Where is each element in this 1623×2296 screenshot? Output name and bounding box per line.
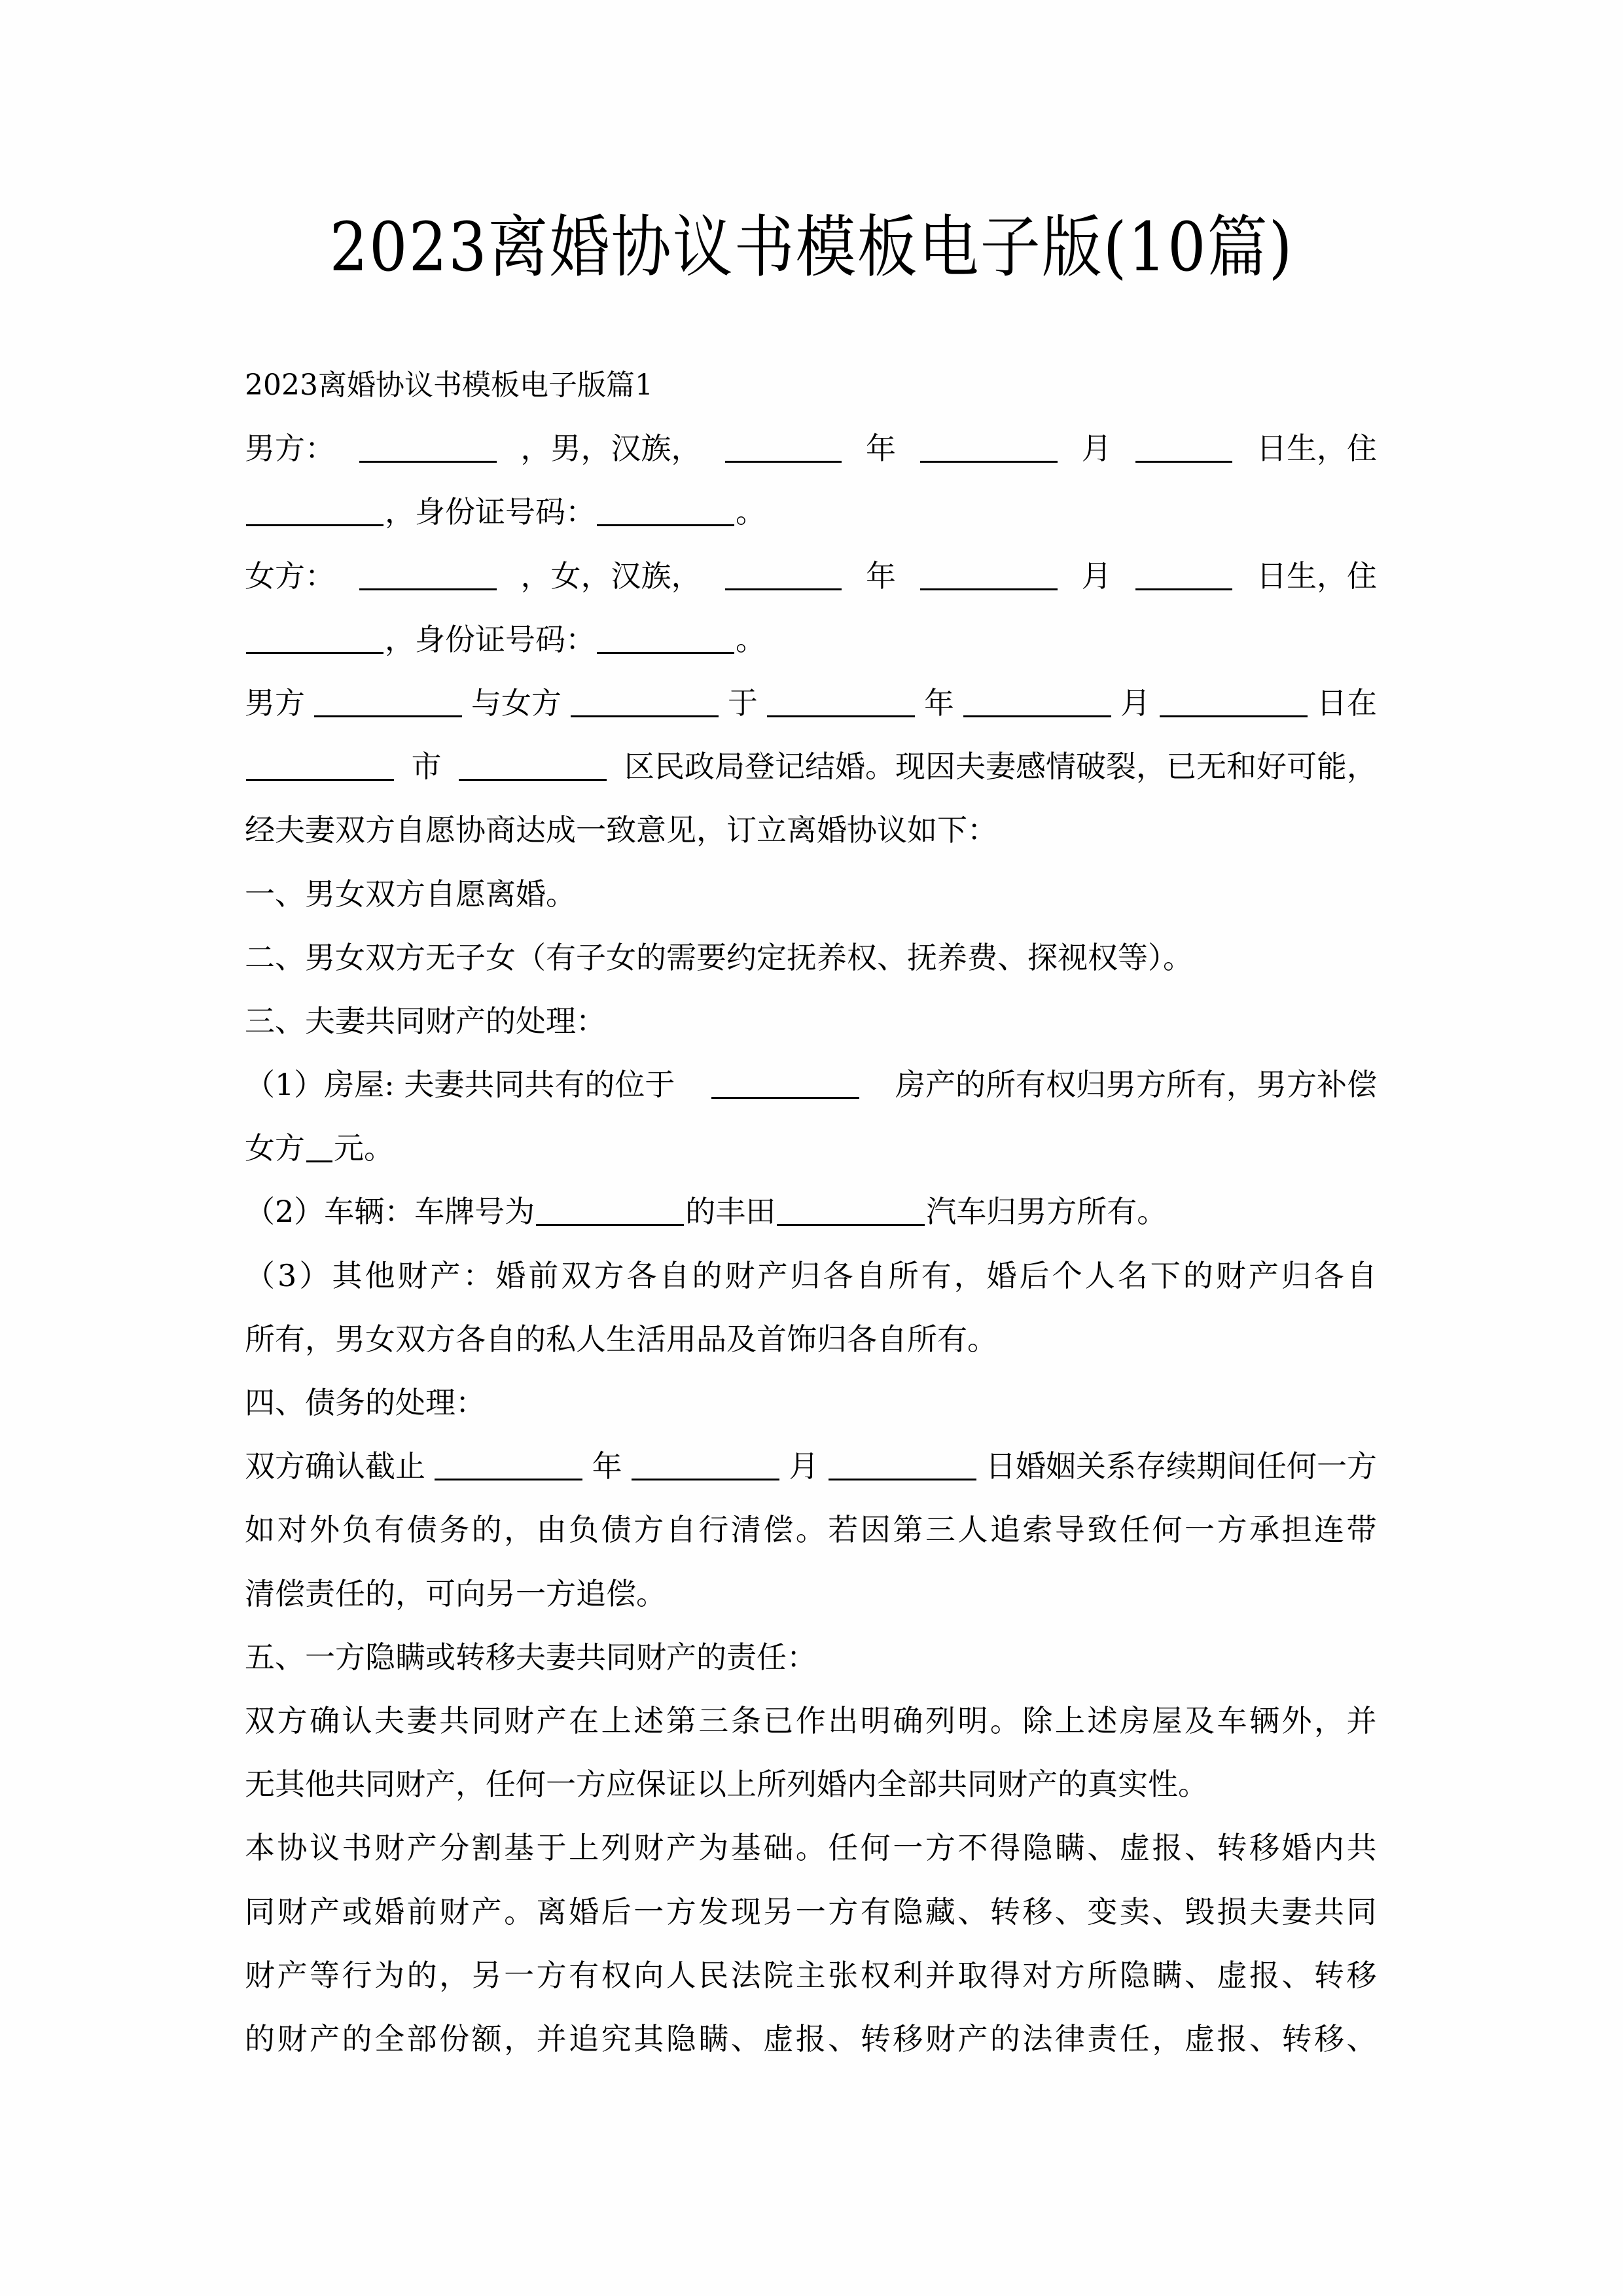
marriage-female-name-blank[interactable] xyxy=(571,689,719,717)
male-party-line: 男方： ，男，汉族， 年 月 日生，住 xyxy=(245,417,1377,480)
document-page: 2023离婚协议书模板电子版(10篇) 2023离婚协议书模板电子版篇1 男方：… xyxy=(0,0,1623,2296)
property-paragraph-line-1: 本协议书财产分割基于上列财产为基础。任何一方不得隐瞒、虚报、转移婚内共 xyxy=(245,1816,1377,1880)
male-address-blank[interactable] xyxy=(246,498,383,526)
clause-3-1-compensation: 女方 元。 xyxy=(245,1117,1377,1180)
clause-5-line-1: 双方确认夫妻共同财产在上述第三条已作出明确列明。除上述房屋及车辆外，并 xyxy=(245,1689,1377,1753)
female-birth-day-blank[interactable] xyxy=(1135,562,1232,590)
female-birth-month-blank[interactable] xyxy=(920,562,1058,590)
marriage-month-blank[interactable] xyxy=(963,689,1111,717)
clause-4-heading: 四、债务的处理： xyxy=(245,1371,1377,1435)
clause-5-line-2: 无其他共同财产，任何一方应保证以上所列婚内全部共同财产的真实性。 xyxy=(245,1753,1377,1816)
debt-cutoff-year-blank[interactable] xyxy=(435,1452,582,1480)
clause-3-3-line-2: 所有，男女双方各自的私人生活用品及首饰归各自所有。 xyxy=(245,1308,1377,1371)
clause-3-1-house: （1）房屋: 夫妻共同共有的位于 房产的所有权归男方所有，男方补偿 xyxy=(245,1053,1377,1117)
male-birth-day-blank[interactable] xyxy=(1135,435,1232,463)
marriage-line-2: 市 区民政局登记结婚。现因夫妻感情破裂，已无和好可能， xyxy=(245,735,1377,798)
marriage-line-1: 男方 与女方 于 年 月 日在 xyxy=(245,672,1377,735)
male-birth-month-blank[interactable] xyxy=(920,435,1058,463)
female-address-blank[interactable] xyxy=(246,626,383,654)
debt-cutoff-day-blank[interactable] xyxy=(829,1452,976,1480)
marriage-year-blank[interactable] xyxy=(767,689,915,717)
female-name-blank[interactable] xyxy=(359,562,497,590)
male-id-number-blank[interactable] xyxy=(597,498,734,526)
clause-2: 二、男女双方无子女（有子女的需要约定抚养权、抚养费、探视权等）。 xyxy=(245,926,1377,990)
section-heading: 2023离婚协议书模板电子版篇1 xyxy=(245,353,1377,417)
property-paragraph-line-3: 财产等行为的，另一方有权向人民法院主张权利并取得对方所隐瞒、虚报、转移 xyxy=(245,1944,1377,2007)
female-party-id-line: ，身份证号码： 。 xyxy=(245,608,1377,672)
male-party-id-line: ，身份证号码： 。 xyxy=(245,480,1377,544)
clause-4-line-2: 如对外负有债务的，由负债方自行清偿。若因第三人追索导致任何一方承担连带 xyxy=(245,1498,1377,1562)
female-id-number-blank[interactable] xyxy=(597,626,734,654)
marriage-district-blank[interactable] xyxy=(459,753,607,781)
marriage-line-3: 经夫妻双方自愿协商达成一致意见，订立离婚协议如下： xyxy=(245,798,1377,862)
license-plate-blank[interactable] xyxy=(536,1198,684,1226)
property-paragraph-line-4: 的财产的全部份额，并追究其隐瞒、虚报、转移财产的法律责任，虚报、转移、 xyxy=(245,2007,1377,2071)
male-name-blank[interactable] xyxy=(359,435,497,463)
house-location-blank[interactable] xyxy=(711,1071,859,1099)
male-birth-year-blank[interactable] xyxy=(725,435,842,463)
property-paragraph-line-2: 同财产或婚前财产。离婚后一方发现另一方有隐藏、转移、变卖、毁损夫妻共同 xyxy=(245,1880,1377,1944)
clause-4-line-1: 双方确认截止 年 月 日婚姻关系存续期间任何一方 xyxy=(245,1435,1377,1498)
marriage-male-name-blank[interactable] xyxy=(314,689,462,717)
document-body: 2023离婚协议书模板电子版篇1 男方： ，男，汉族， 年 月 日生，住 ，身份… xyxy=(245,353,1377,2071)
female-party-line: 女方： ，女，汉族， 年 月 日生，住 xyxy=(245,545,1377,608)
clause-4-line-3: 清偿责任的，可向另一方追偿。 xyxy=(245,1562,1377,1626)
clause-3-heading: 三、夫妻共同财产的处理： xyxy=(245,990,1377,1053)
female-birth-year-blank[interactable] xyxy=(725,562,842,590)
clause-1: 一、男女双方自愿离婚。 xyxy=(245,863,1377,926)
compensation-amount-blank[interactable] xyxy=(306,1134,332,1162)
debt-cutoff-month-blank[interactable] xyxy=(632,1452,779,1480)
marriage-city-blank[interactable] xyxy=(246,753,394,781)
car-model-blank[interactable] xyxy=(777,1198,925,1226)
clause-3-2-vehicle: （2）车辆：车牌号为 的丰田 汽车归男方所有。 xyxy=(245,1180,1377,1244)
marriage-day-blank[interactable] xyxy=(1160,689,1308,717)
clause-3-3-line-1: （3）其他财产：婚前双方各自的财产归各自所有，婚后个人名下的财产归各自 xyxy=(245,1244,1377,1308)
clause-5-heading: 五、一方隐瞒或转移夫妻共同财产的责任： xyxy=(245,1626,1377,1689)
document-title: 2023离婚协议书模板电子版(10篇) xyxy=(0,196,1623,299)
